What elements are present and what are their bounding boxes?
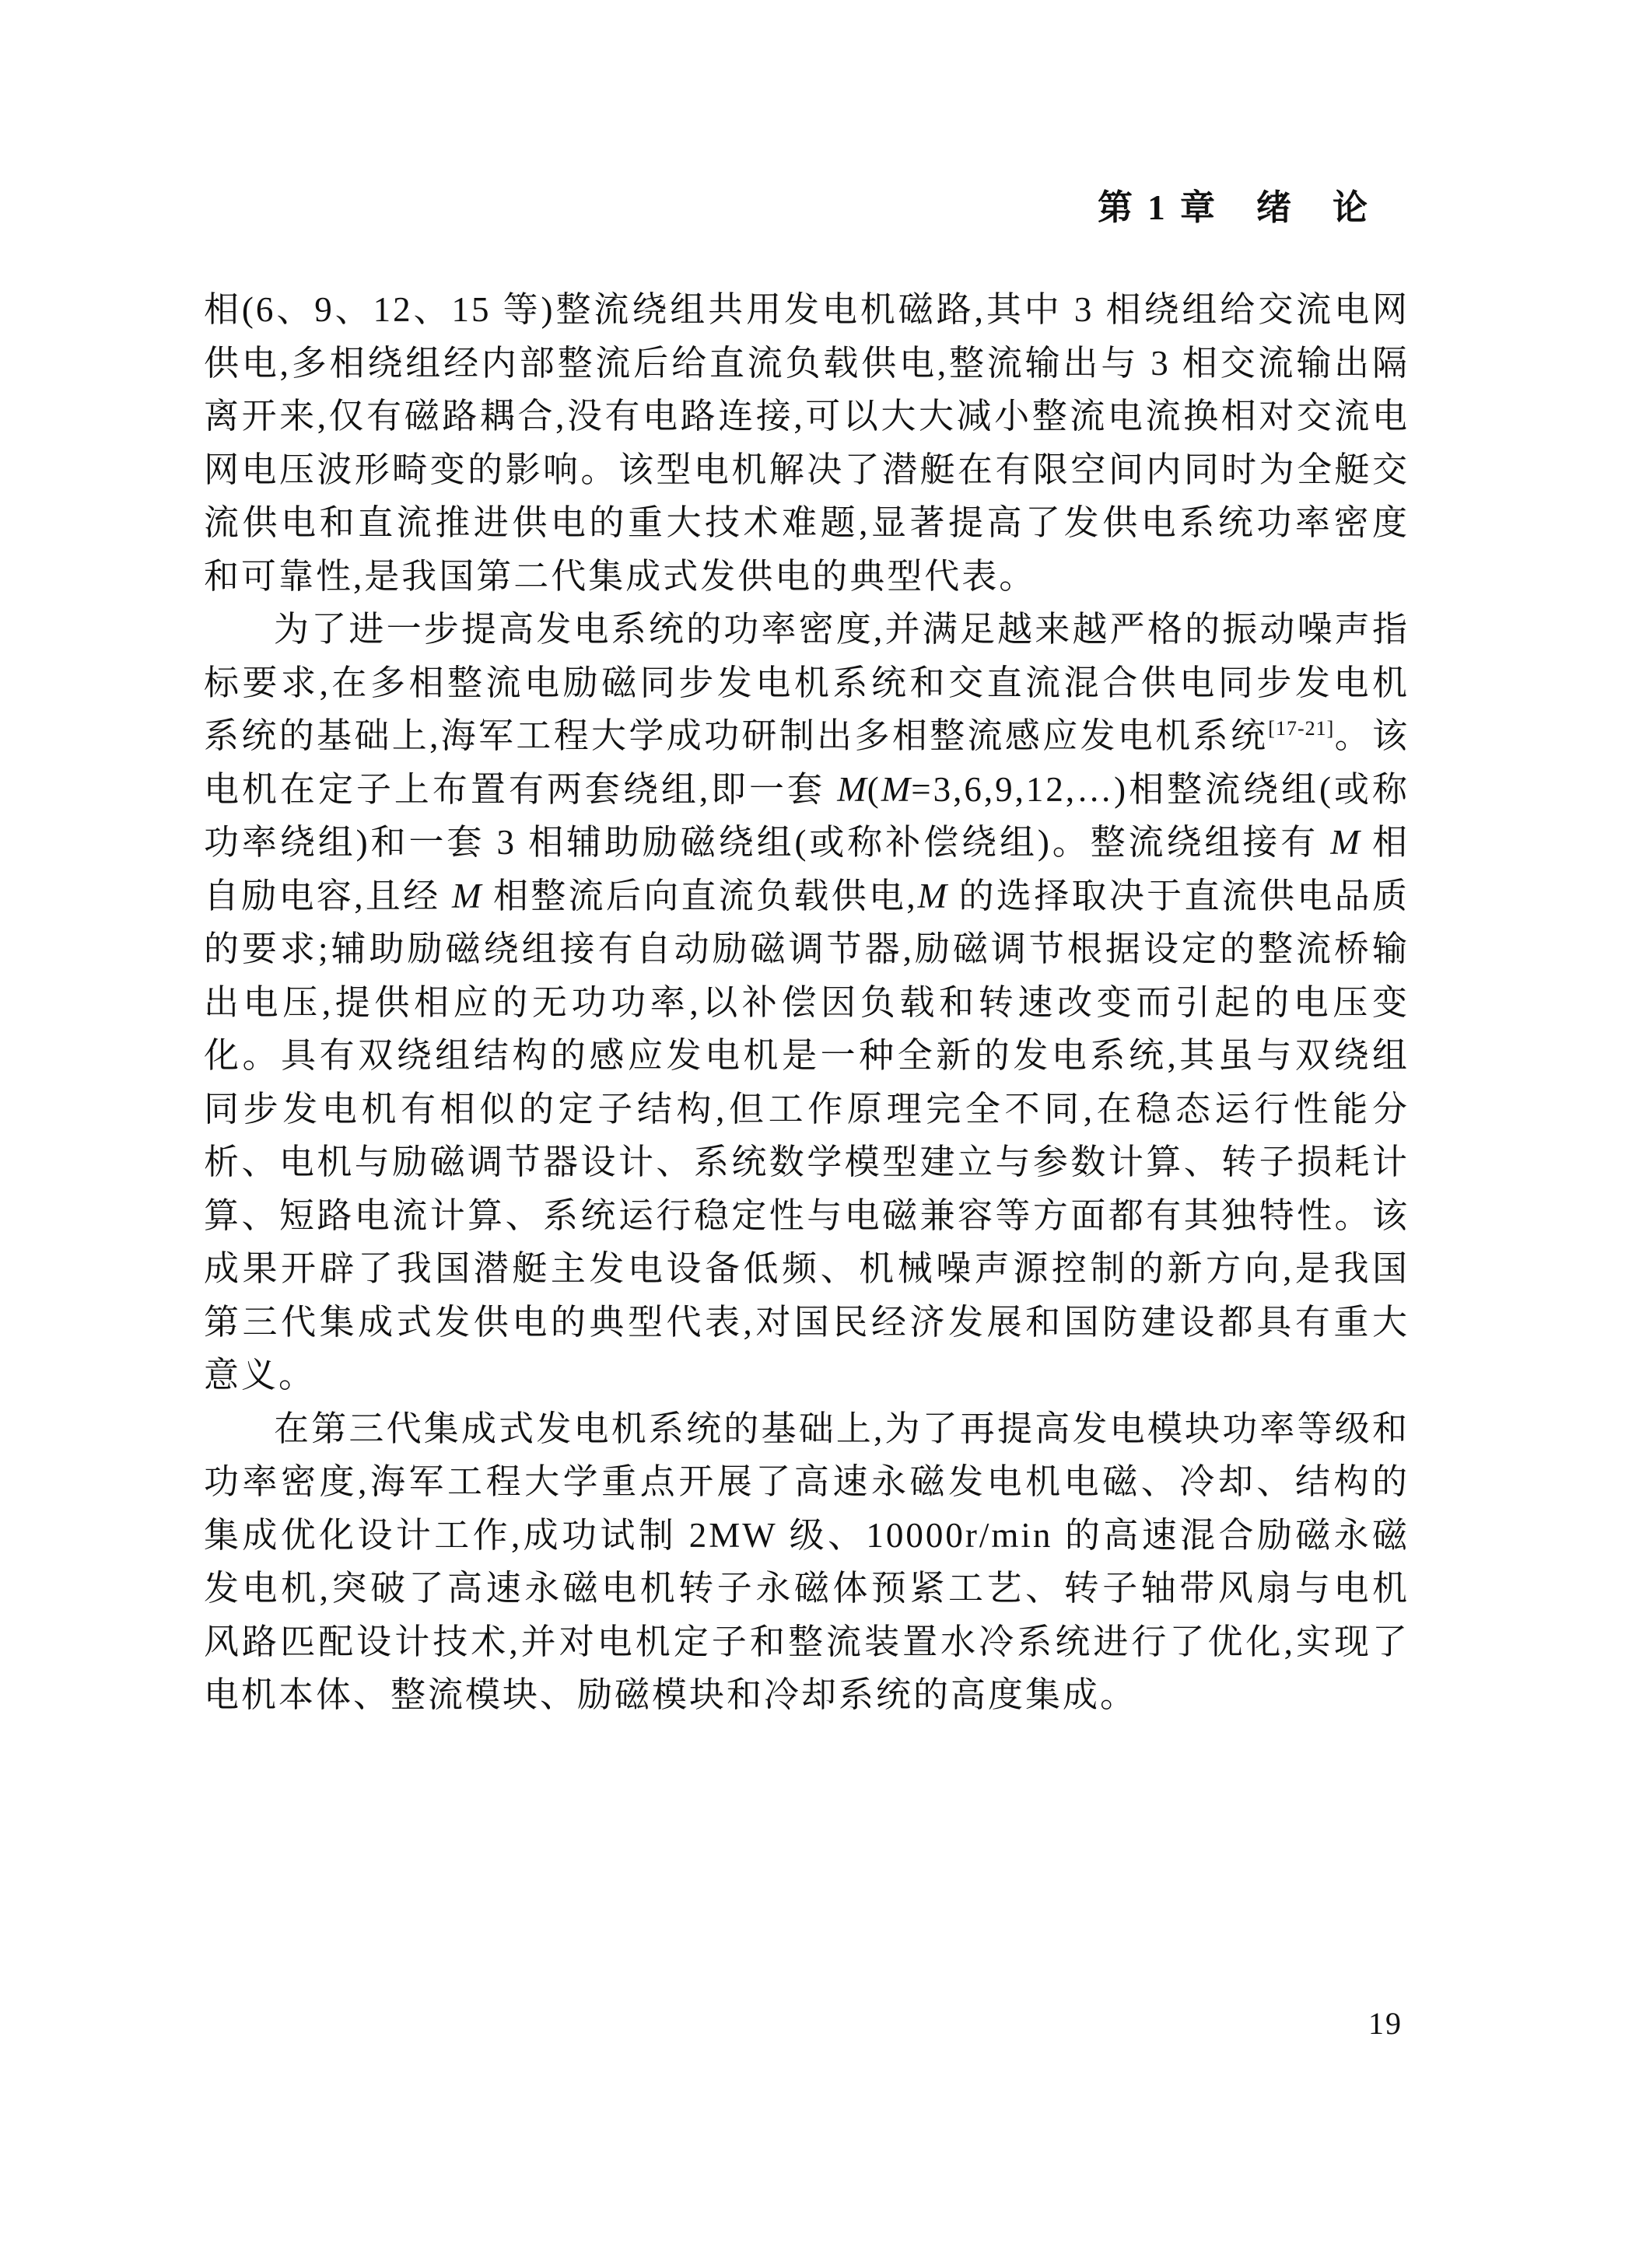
variable-m: M <box>452 877 482 915</box>
body-text: 相(6、9、12、15 等)整流绕组共用发电机磁路,其中 3 相绕组给交流电网供… <box>204 283 1410 1722</box>
paragraph-2: 为了进一步提高发电系统的功率密度,并满足越来越严格的振动噪声指标要求,在多相整流… <box>204 603 1410 1402</box>
paragraph-1: 相(6、9、12、15 等)整流绕组共用发电机磁路,其中 3 相绕组给交流电网供… <box>204 283 1410 603</box>
running-header: 第 1 章 绪 论 <box>1098 179 1371 229</box>
page-number: 19 <box>1368 2005 1403 2042</box>
variable-m: M <box>881 770 912 809</box>
variable-m: M <box>837 770 867 809</box>
text-segment: 的选择取决于直流供电品质的要求;辅助励磁绕组接有自动励磁调节器,励磁调节根据设定… <box>204 877 1410 1395</box>
variable-m: M <box>1330 823 1361 862</box>
text-segment: 相(6、9、12、15 等)整流绕组共用发电机磁路,其中 3 相绕组给交流电网供… <box>204 290 1410 596</box>
text-segment: 相整流后向直流负载供电, <box>482 877 917 915</box>
paragraph-3: 在第三代集成式发电机系统的基础上,为了再提高发电模块功率等级和功率密度,海军工程… <box>204 1402 1410 1722</box>
citation-superscript: [17-21] <box>1268 717 1334 740</box>
text-segment: 为了进一步提高发电系统的功率密度,并满足越来越严格的振动噪声指标要求,在多相整流… <box>204 610 1410 755</box>
text-segment: 在第三代集成式发电机系统的基础上,为了再提高发电模块功率等级和功率密度,海军工程… <box>204 1409 1410 1715</box>
variable-m: M <box>918 877 948 915</box>
text-segment: ( <box>867 770 881 809</box>
book-page: 第 1 章 绪 论 相(6、9、12、15 等)整流绕组共用发电机磁路,其中 3… <box>0 0 1625 2268</box>
